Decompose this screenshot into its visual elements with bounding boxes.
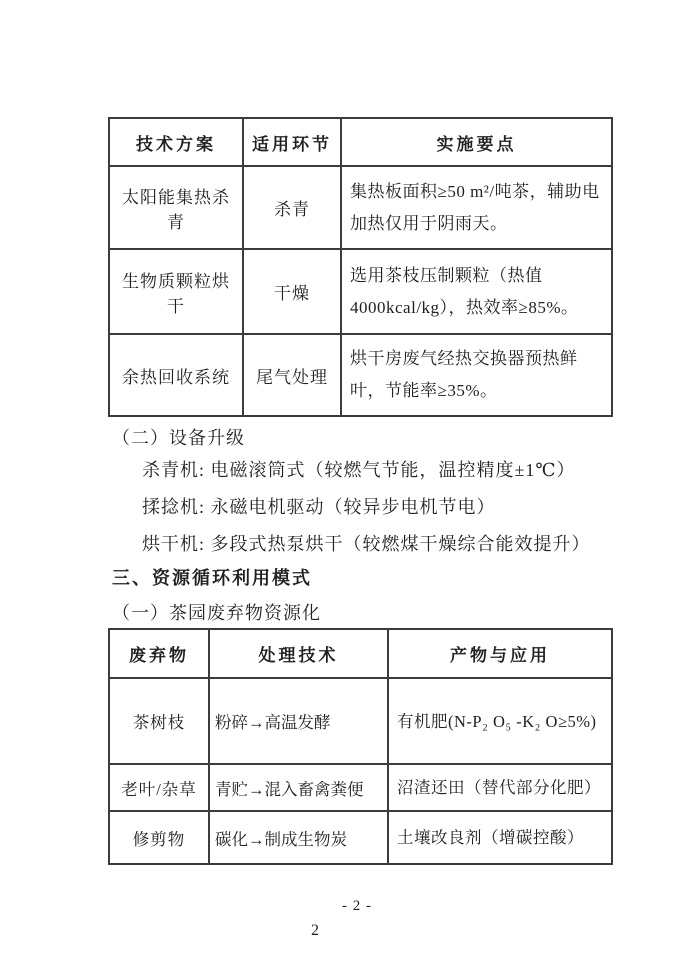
table1-header-stage: 适用环节	[243, 118, 341, 166]
table2-row3-product: 土壤改良剂（增碳控酸）	[388, 811, 612, 864]
table2-row3-technology: 碳化→制成生物炭	[209, 811, 388, 864]
document-page: { "colors": { "text": "#1f1f1f", "table_…	[0, 0, 675, 955]
table2-row1-waste: 茶树枝	[109, 678, 209, 764]
table-row: 余热回收系统 尾气处理 烘干房废气经热交换器预热鲜叶，节能率≥35%。	[109, 334, 612, 416]
equipment-item-rolling-machine: 揉捻机: 永磁电机驱动（较异步电机节电）	[142, 495, 496, 519]
table1-row2-scheme: 生物质颗粒烘干	[109, 249, 243, 334]
technology-scheme-table: 技术方案 适用环节 实施要点 太阳能集热杀青 杀青 集热板面积≥50 m²/吨茶…	[108, 117, 613, 417]
table2-row1-product: 有机肥(N-P₂ O₅ -K₂ O≥5%)	[388, 678, 612, 764]
table2-row2-technology: 青贮→混入畜禽粪便	[209, 764, 388, 811]
table-header-row: 技术方案 适用环节 实施要点	[109, 118, 612, 166]
table2-row3-waste: 修剪物	[109, 811, 209, 864]
table1-row3-stage: 尾气处理	[243, 334, 341, 416]
table-row: 修剪物 碳化→制成生物炭 土壤改良剂（增碳控酸）	[109, 811, 612, 864]
equipment-item-drying-machine: 烘干机: 多段式热泵烘干（较燃煤干燥综合能效提升）	[142, 532, 591, 556]
table1-header-scheme: 技术方案	[109, 118, 243, 166]
table-row: 生物质颗粒烘干 干燥 选用茶枝压制颗粒（热值 4000kcal/kg），热效率≥…	[109, 249, 612, 334]
equipment-item-fixation-machine: 杀青机: 电磁滚筒式（较燃气节能，温控精度±1℃）	[142, 458, 576, 482]
table1-row1-scheme: 太阳能集热杀青	[109, 166, 243, 249]
table1-row2-stage: 干燥	[243, 249, 341, 334]
table1-row1-stage: 杀青	[243, 166, 341, 249]
footer-page-label: - 2 -	[257, 898, 457, 915]
table1-row3-scheme: 余热回收系统	[109, 334, 243, 416]
page-number: 2	[270, 922, 360, 940]
table-row: 茶树枝 粉碎→高温发酵 有机肥(N-P₂ O₅ -K₂ O≥5%)	[109, 678, 612, 764]
chapter-heading-resource-recycling: 三、资源循环利用模式	[112, 566, 312, 590]
table1-header-points: 实施要点	[341, 118, 612, 166]
waste-recycling-table: 废弃物 处理技术 产物与应用 茶树枝 粉碎→高温发酵 有机肥(N-P₂ O₅ -…	[108, 628, 613, 865]
table1-row2-points: 选用茶枝压制颗粒（热值 4000kcal/kg），热效率≥85%。	[341, 249, 612, 334]
section-heading-equipment-upgrade: （二）设备升级	[112, 426, 245, 450]
table1-row3-points: 烘干房废气经热交换器预热鲜叶，节能率≥35%。	[341, 334, 612, 416]
table2-header-technology: 处理技术	[209, 629, 388, 678]
table2-row2-product: 沼渣还田（替代部分化肥）	[388, 764, 612, 811]
table1-row1-points: 集热板面积≥50 m²/吨茶，辅助电加热仅用于阴雨天。	[341, 166, 612, 249]
table-header-row: 废弃物 处理技术 产物与应用	[109, 629, 612, 678]
table-row: 老叶/杂草 青贮→混入畜禽粪便 沼渣还田（替代部分化肥）	[109, 764, 612, 811]
table2-row1-technology: 粉碎→高温发酵	[209, 678, 388, 764]
table2-header-product: 产物与应用	[388, 629, 612, 678]
table2-row2-waste: 老叶/杂草	[109, 764, 209, 811]
table2-header-waste: 废弃物	[109, 629, 209, 678]
subsection-heading-garden-waste: （一）茶园废弃物资源化	[112, 601, 321, 625]
table-row: 太阳能集热杀青 杀青 集热板面积≥50 m²/吨茶，辅助电加热仅用于阴雨天。	[109, 166, 612, 249]
